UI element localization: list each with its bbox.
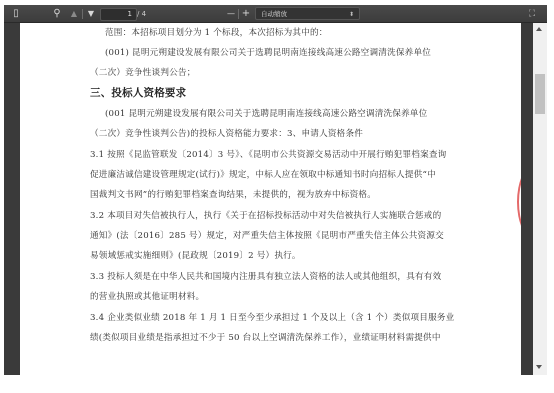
page-count-label: / 4 (137, 8, 146, 20)
section-heading: 三、投标人资格要求 (90, 85, 186, 100)
text-line: 促进廉洁诚信建设管理规定(试行)》规定，中标人应在领取中标通知书时向招标人提供“… (90, 168, 436, 180)
text-line: 3.3 投标人须是在中华人民共和国境内注册具有独立法人资格的法人或其他组织，具有… (90, 270, 441, 282)
toolbar-separator (82, 9, 83, 19)
zoom-in-button[interactable]: + (241, 8, 251, 20)
sidebar-toggle-icon[interactable]: ▯ (10, 8, 22, 20)
text-line: 易领域惩戒实施细则》(昆政规〔2019〕2 号）执行。 (90, 249, 301, 261)
text-line: （二次）竞争性谈判公告)的投标人资格能力要求：3、申请人资格条件 (90, 127, 363, 139)
zoom-level-select[interactable]: 自动缩放 ⬍ (255, 7, 360, 20)
pdf-page: 范围：本招标项目划分为 1 个标段，本次招标为其中的： (001) 昆明元朔建设… (20, 23, 521, 375)
page-number-input[interactable]: 1 (100, 8, 137, 21)
text-line: 范围：本招标项目划分为 1 个标段，本次招标为其中的： (90, 26, 328, 38)
toolbar-separator (238, 9, 239, 19)
text-line: 3.1 按照《昆监管联发〔2014〕3 号》、《昆明市公共资源交易活动中开展行贿… (90, 148, 446, 160)
vertical-scrollbar[interactable] (533, 23, 547, 375)
text-line: 绩(类似项目业绩是指承担过不少于 50 台以上空调清洗保养工作），业绩证明材料需… (90, 331, 441, 343)
toolbar: ▯ ⚲ ▲ ▼ 1 / 4 — + 自动缩放 ⬍ ⛶ (4, 5, 547, 23)
document-area: 范围：本招标项目划分为 1 个标段，本次招标为其中的： (001) 昆明元朔建设… (4, 23, 533, 375)
text-line: (001 昆明元朔建设发展有限公司关于选聘昆明南连接线高速公路空调清洗保养单位 (90, 107, 427, 119)
text-line: 3.4 企业类似业绩 2018 年 1 月 1 日至今至少承担过 1 个及以上（… (90, 311, 454, 323)
text-line: 国裁判文书网”的行贿犯罪档案查询结果，未提供的，视为放弃中标资格。 (90, 188, 376, 200)
pdf-viewer: ▯ ⚲ ▲ ▼ 1 / 4 — + 自动缩放 ⬍ ⛶ 范围：本招标项目划分为 1… (4, 5, 547, 375)
text-line: 的营业执照或其他证明材料。 (90, 290, 204, 302)
dropdown-arrow-icon: ⬍ (349, 8, 354, 21)
text-line: 3.2 本项目对失信被执行人，执行《关于在招标投标活动中对失信被执行人实施联合惩… (90, 209, 441, 221)
zoom-out-button[interactable]: — (226, 8, 236, 20)
scroll-up-arrow-icon[interactable] (536, 27, 542, 31)
scroll-down-arrow-icon[interactable] (536, 365, 542, 369)
zoom-level-value: 自动缩放 (261, 10, 287, 18)
text-line: 通知》(法〔2016〕285 号）规定，对严重失信主体按照《昆明市严重失信主体公… (90, 229, 444, 241)
fullscreen-icon[interactable]: ⛶ (526, 8, 538, 20)
search-icon[interactable]: ⚲ (51, 8, 63, 20)
previous-page-button[interactable]: ▲ (68, 8, 80, 20)
red-seal-stamp (517, 165, 521, 239)
scrollbar-thumb[interactable] (535, 74, 545, 114)
text-line: (001) 昆明元朔建设发展有限公司关于选聘昆明南连接线高速公路空调清洗保养单位 (90, 46, 431, 58)
next-page-button[interactable]: ▼ (85, 8, 97, 20)
text-line: （二次）竞争性谈判公告； (90, 66, 196, 78)
